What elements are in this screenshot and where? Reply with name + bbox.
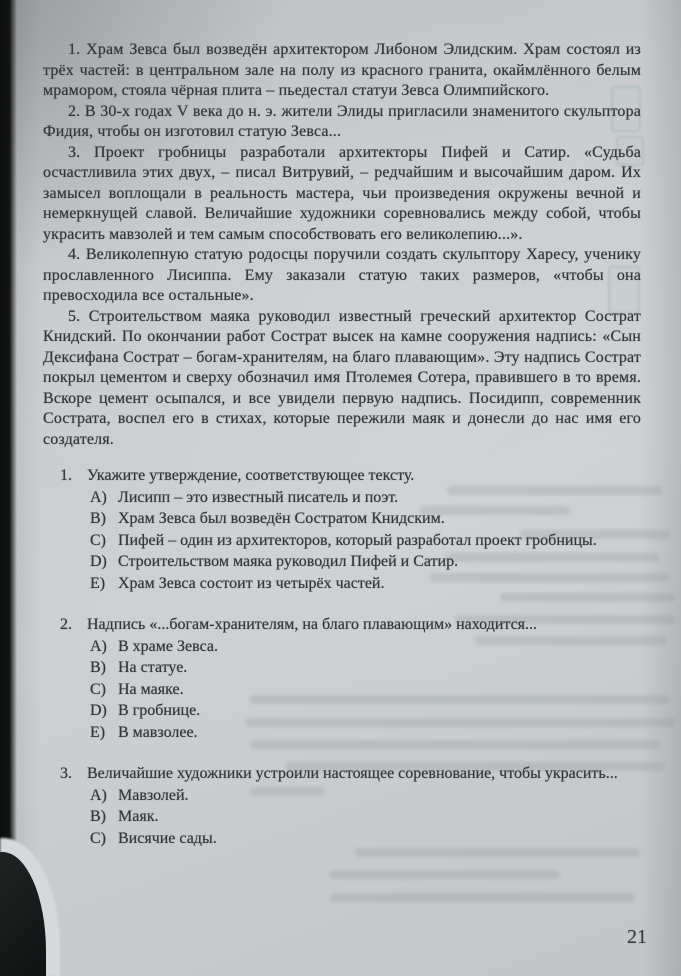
question: 3.Величайшие художники устроили настояще… [60, 763, 641, 849]
answer-option: B)Храм Зевса был возведён Состратом Книд… [60, 508, 641, 530]
paragraph: 5. Строительством маяка руководил извест… [43, 307, 641, 451]
option-letter: C) [90, 679, 118, 701]
option-letter: E) [90, 722, 118, 744]
option-text: Пифей – один из архитекторов, который ра… [118, 530, 597, 552]
page-content: 1. Храм Зевса был возведён архитектором … [0, 0, 681, 976]
option-letter: A) [90, 636, 118, 658]
option-letter: D) [90, 700, 118, 722]
paragraph: 1. Храм Зевса был возведён архитектором … [43, 40, 641, 102]
question-number: 2. [60, 614, 87, 636]
option-letter: B) [90, 508, 118, 530]
question-header: 2.Надпись «...богам-хранителям, на благо… [60, 614, 641, 636]
questions: 1.Укажите утверждение, соответствующее т… [43, 465, 641, 849]
option-text: На статуе. [118, 657, 187, 679]
option-text: Маяк. [118, 806, 158, 828]
photo-left-edge [0, 0, 17, 976]
paragraph: 2. В 30-х годах V века до н. э. жители Э… [43, 102, 641, 143]
question-header: 1.Укажите утверждение, соответствующее т… [60, 465, 641, 487]
paragraph: 4. Великолепную статую родосцы поручили … [43, 245, 641, 307]
answer-option: E)Храм Зевса состоит из четырёх частей. [60, 573, 641, 595]
option-text: Висячие сады. [118, 828, 217, 850]
answer-option: C)Пифей – один из архитекторов, который … [60, 530, 641, 552]
option-letter: B) [90, 657, 118, 679]
question-text: Надпись «...богам-хранителям, на благо п… [87, 614, 537, 636]
option-text: В мавзолее. [118, 722, 198, 744]
option-text: Строительством маяка руководил Пифей и С… [118, 551, 458, 573]
question-header: 3.Величайшие художники устроили настояще… [60, 763, 641, 785]
option-letter: E) [90, 573, 118, 595]
answer-option: D)Строительством маяка руководил Пифей и… [60, 551, 641, 573]
option-text: На маяке. [118, 679, 184, 701]
answer-option: D)В гробнице. [60, 700, 641, 722]
answer-option: A)Мавзолей. [60, 785, 641, 807]
option-text: Мавзолей. [118, 785, 189, 807]
option-letter: C) [90, 828, 118, 850]
answer-option: C)На маяке. [60, 679, 641, 701]
option-text: В гробнице. [118, 700, 200, 722]
page-number: 21 [627, 926, 647, 949]
question-number: 1. [60, 465, 87, 487]
option-text: В храме Зевса. [118, 636, 218, 658]
option-text: Лисипп – это известный писатель и поэт. [118, 487, 398, 509]
option-text: Храм Зевса состоит из четырёх частей. [118, 573, 384, 595]
answer-option: A)Лисипп – это известный писатель и поэт… [60, 487, 641, 509]
option-letter: B) [90, 806, 118, 828]
answer-option: C)Висячие сады. [60, 828, 641, 850]
question-number: 3. [60, 763, 87, 785]
question-text: Величайшие художники устроили настоящее … [87, 763, 618, 785]
answer-option: B)На статуе. [60, 657, 641, 679]
question: 2.Надпись «...богам-хранителям, на благо… [60, 614, 641, 743]
option-letter: A) [90, 785, 118, 807]
question-text: Укажите утверждение, соответствующее тек… [87, 465, 414, 487]
photographed-book-page: 1. Храм Зевса был возведён архитектором … [0, 0, 681, 976]
option-letter: D) [90, 551, 118, 573]
option-letter: A) [90, 487, 118, 509]
answer-option: E)В мавзолее. [60, 722, 641, 744]
option-letter: C) [90, 530, 118, 552]
paragraph: 3. Проект гробницы разработали архитекто… [43, 143, 641, 246]
answer-option: A)В храме Зевса. [60, 636, 641, 658]
question: 1.Укажите утверждение, соответствующее т… [60, 465, 641, 594]
reading-text: 1. Храм Зевса был возведён архитектором … [43, 40, 641, 450]
answer-option: B)Маяк. [60, 806, 641, 828]
option-text: Храм Зевса был возведён Состратом Книдск… [118, 508, 445, 530]
